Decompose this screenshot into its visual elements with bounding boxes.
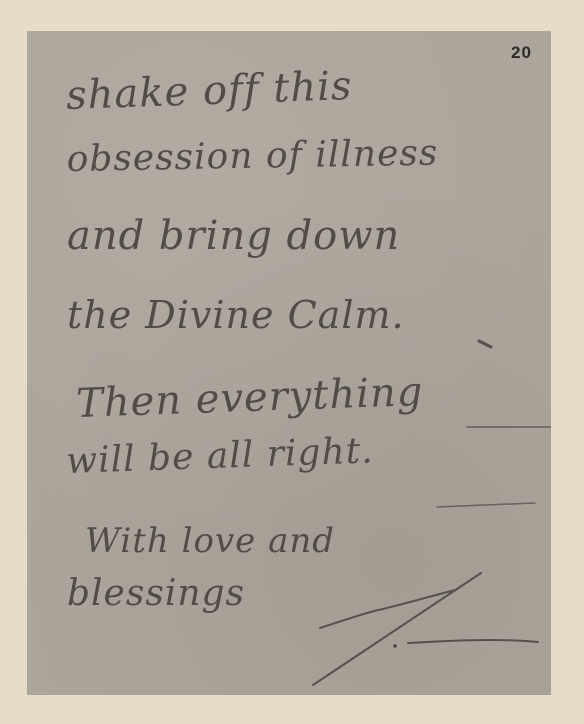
note-line-6: will be all right.: [66, 430, 375, 482]
note-line-4: the Divine Calm.: [67, 293, 405, 337]
page-number: 20: [511, 43, 532, 63]
note-line-2: obsession of illness: [66, 133, 438, 180]
note-line-5: Then everything: [75, 369, 424, 427]
note-line-7: With love and: [85, 521, 335, 561]
note-line-1: shake off this: [65, 63, 353, 119]
note-line-8: blessings: [67, 573, 245, 614]
note-line-3: and bring down: [67, 213, 400, 259]
handwritten-note-sheet: 20 shake off this obsession of illness a…: [27, 31, 551, 695]
